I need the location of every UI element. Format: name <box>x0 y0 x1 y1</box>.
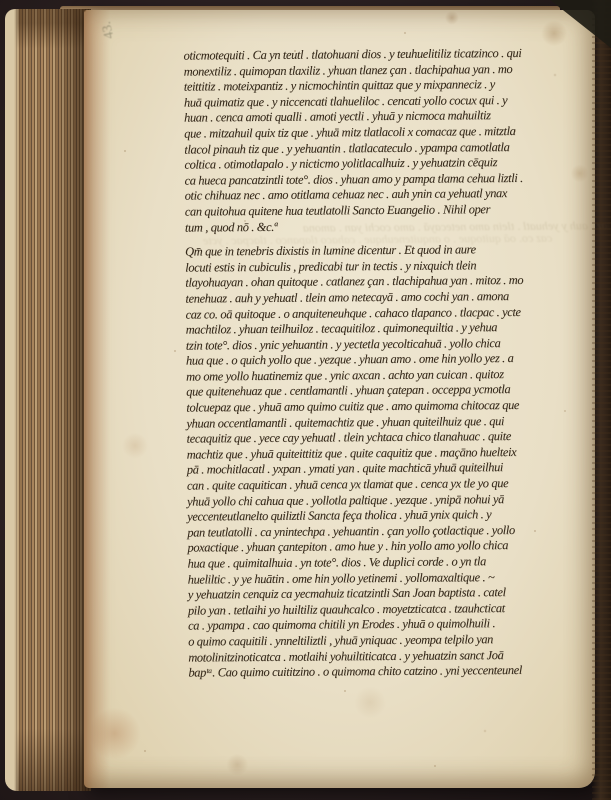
folio-number-annotation: 43. <box>99 20 118 40</box>
paragraph-1: oticmotequiti . Ca yn teutl . tlatohuani… <box>184 45 585 235</box>
paragraph-2: tenehuaz . auh y yehuatl . tlein amo net… <box>185 242 588 682</box>
book-fore-edge <box>5 9 91 791</box>
manuscript-text-line: tum , quod nō . &c.ª <box>185 217 585 236</box>
manuscript-text: oticmotequiti . Ca yn teutl . tlatohuani… <box>184 45 589 681</box>
manuscript-photo: 43. oticmotequiti . Ca yn teutl . tlatoh… <box>0 0 611 800</box>
page-gutter-shadow <box>592 0 611 800</box>
manuscript-text-line: bapᵗᵃ. Cao quimo cuititzino . o quimoma … <box>188 663 588 682</box>
foxing-specks <box>84 10 86 12</box>
